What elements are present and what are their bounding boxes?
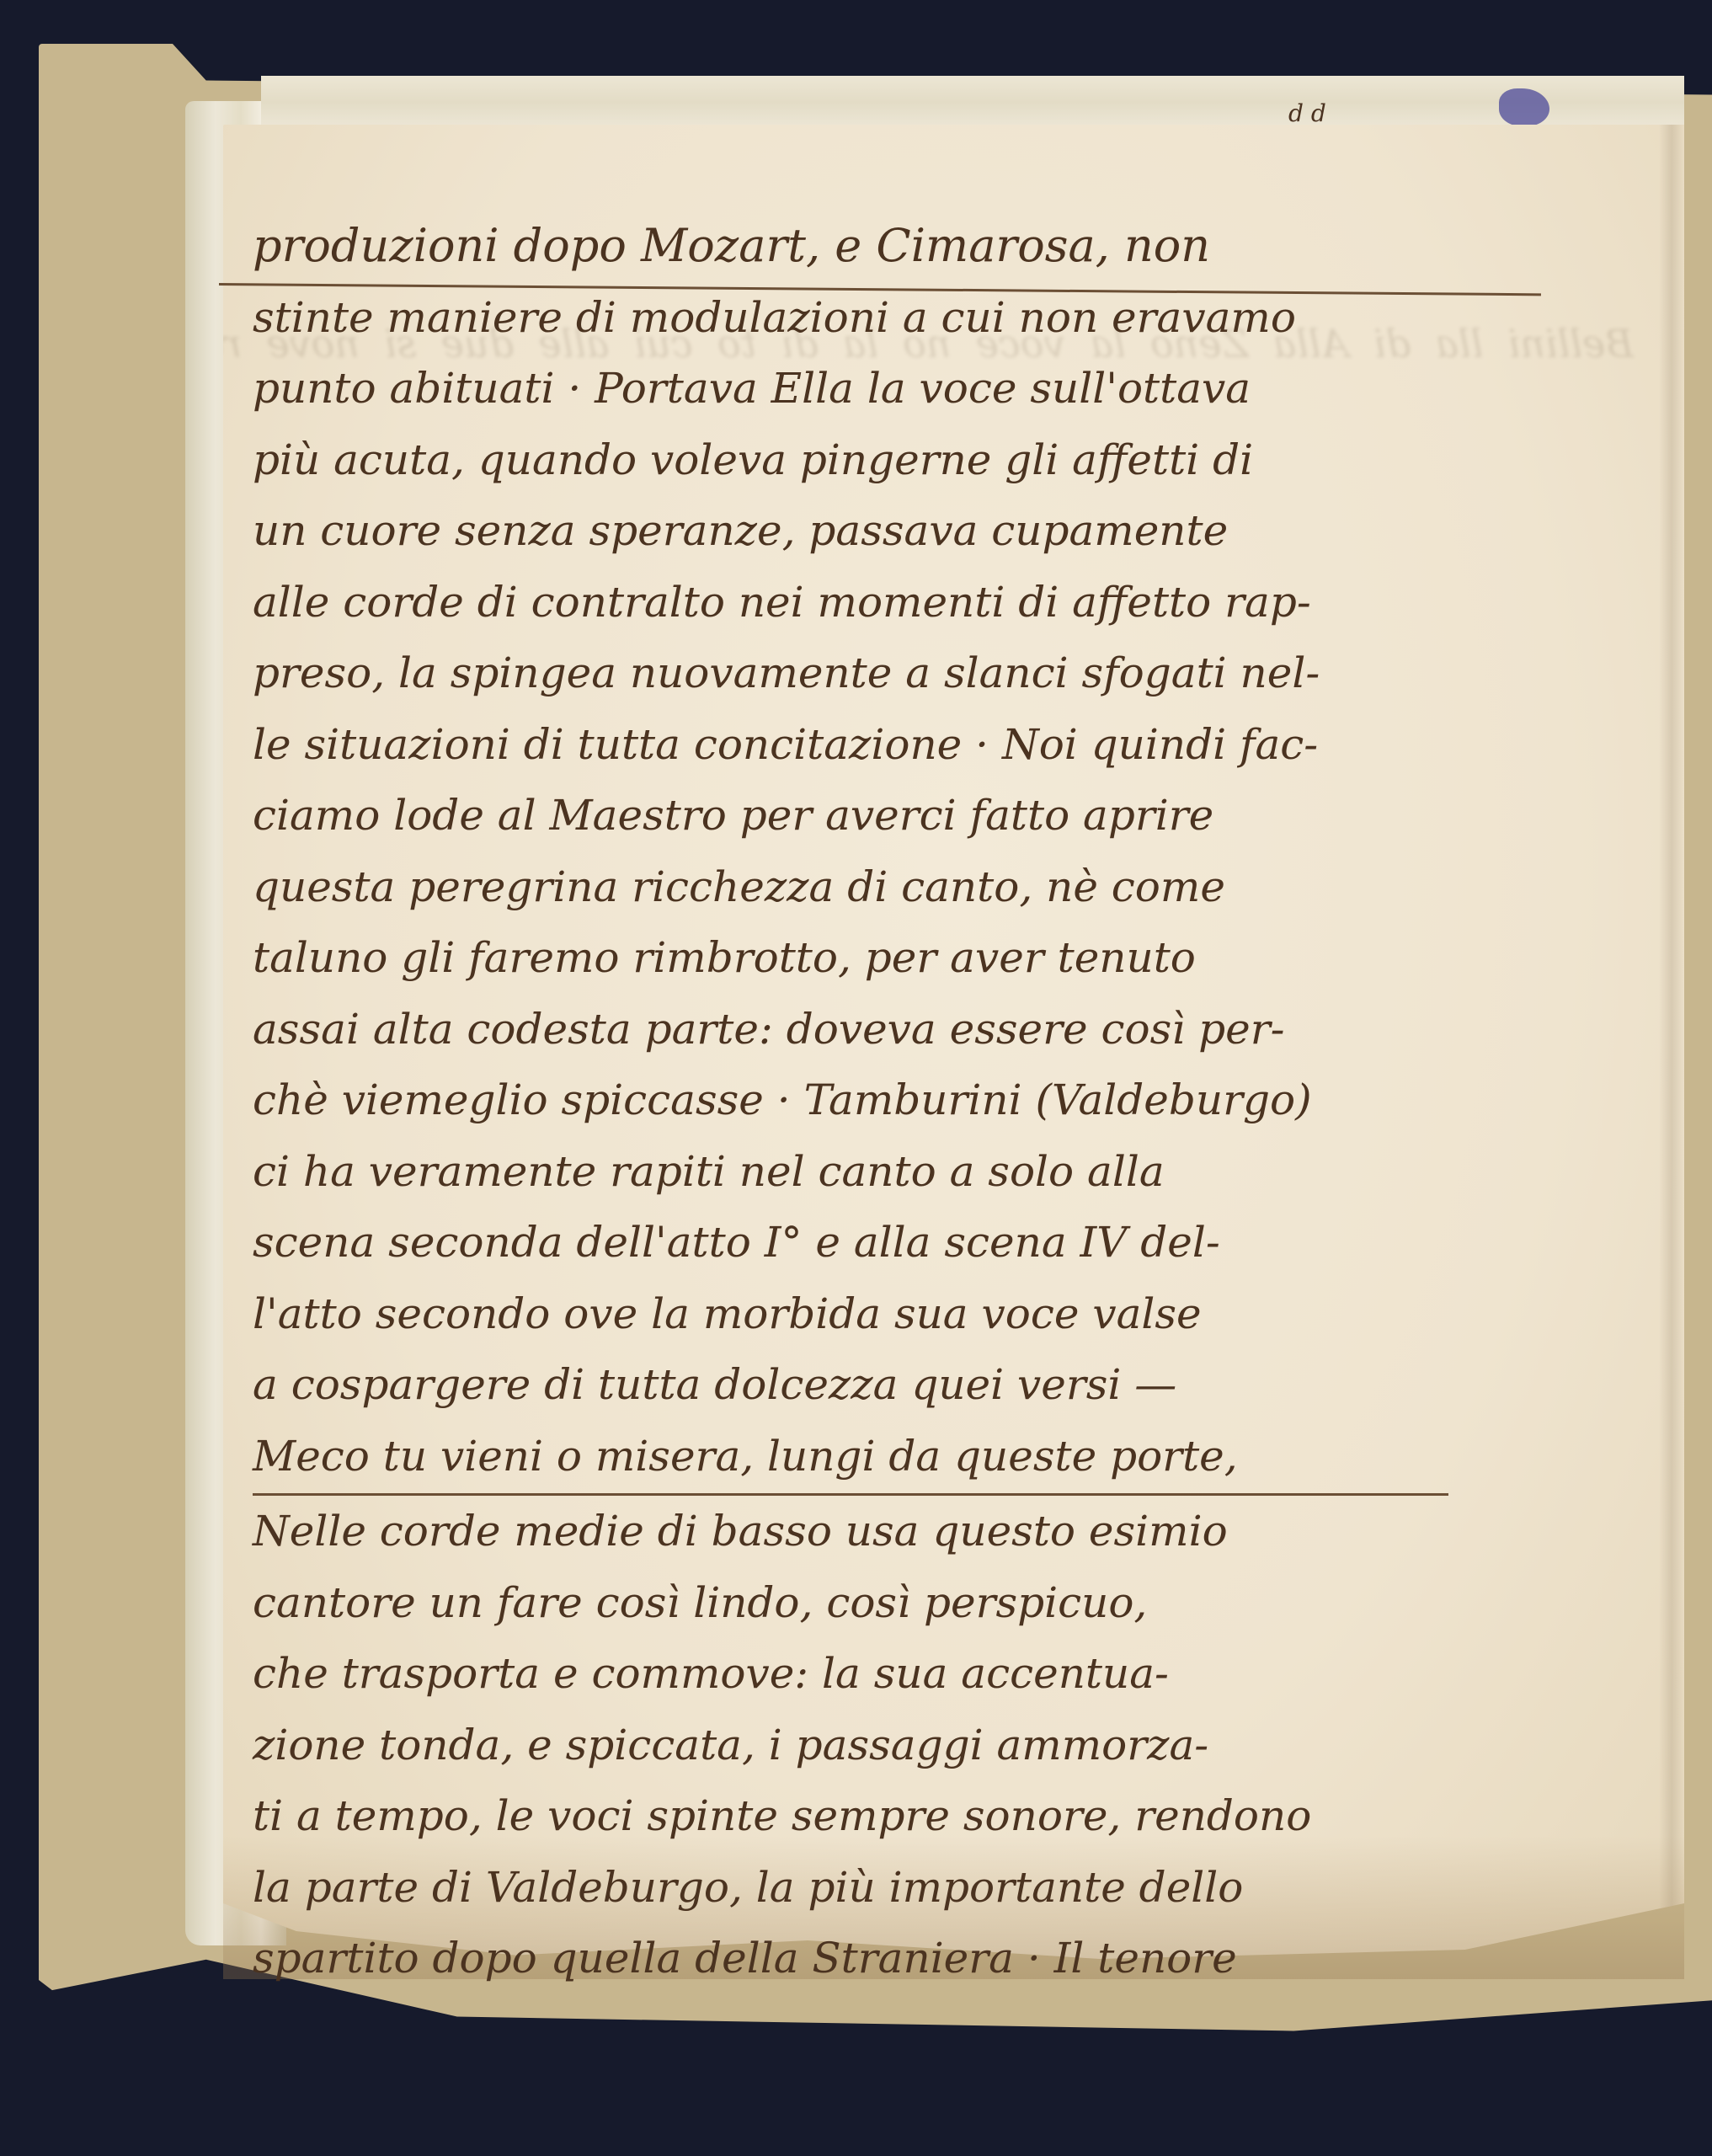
text-line-8: le situazioni di tutta concitazione · No… [253,709,1448,781]
underlying-page-ink-fragment: d d [1288,99,1339,125]
text-line-23: ti a tempo, le voci spinte sempre sonore… [253,1780,1448,1852]
text-line-12: assai alta codesta parte: doveva essere … [253,994,1448,1065]
blue-ink-stain [1499,88,1549,126]
text-line-25: spartito dopo quella della Straniera · I… [253,1923,1448,1994]
text-line-7: preso, la spingea nuovamente a slanci sf… [253,638,1448,709]
text-line-22: zione tonda, e spiccata, i passaggi ammo… [253,1710,1448,1781]
text-line-13: chè viemeglio spiccasse · Tamburini (Val… [253,1065,1448,1136]
text-line-11: taluno gli faremo rimbrotto, per aver te… [253,922,1448,994]
handwritten-text: produzioni dopo Mozart, e Cimarosa, non … [253,211,1448,1994]
text-line-6: alle corde di contralto nei momenti di a… [253,567,1448,638]
text-line-3: punto abituati · Portava Ella la voce su… [253,353,1448,424]
text-line-14: ci ha veramente rapiti nel canto a solo … [253,1136,1448,1208]
text-line-15: scena seconda dell'atto I° e alla scena … [253,1207,1448,1278]
text-line-5: un cuore senza speranze, passava cupamen… [253,495,1448,567]
text-line-2: stinte maniere di modulazioni a cui non … [253,282,1448,354]
text-line-10: questa peregrina ricchezza di canto, nè … [253,851,1448,923]
text-line-16: l'atto secondo ove la morbida sua voce v… [253,1278,1448,1350]
text-line-24: la parte di Valdeburgo, la più important… [253,1852,1448,1924]
page-fold-shadow [1659,125,1684,1977]
line-text: produzioni dopo Mozart, e Cimarosa, non [253,219,1210,272]
text-line-9: ciamo lode al Maestro per averci fatto a… [253,780,1448,851]
text-line-20: cantore un fare così lindo, così perspic… [253,1567,1448,1639]
text-line-19: Nelle corde medie di basso usa questo es… [253,1496,1448,1567]
text-line-21: che trasporta e commove: la sua accentua… [253,1638,1448,1710]
text-line-17: a cospargere di tutta dolcezza quei vers… [253,1349,1448,1421]
text-line-18-verse-quote: Meco tu vieni o misera, lungi da queste … [253,1421,1448,1497]
text-line-4: più acuta, quando voleva pingerne gli af… [253,424,1448,496]
text-line-1: produzioni dopo Mozart, e Cimarosa, non [253,211,1448,282]
